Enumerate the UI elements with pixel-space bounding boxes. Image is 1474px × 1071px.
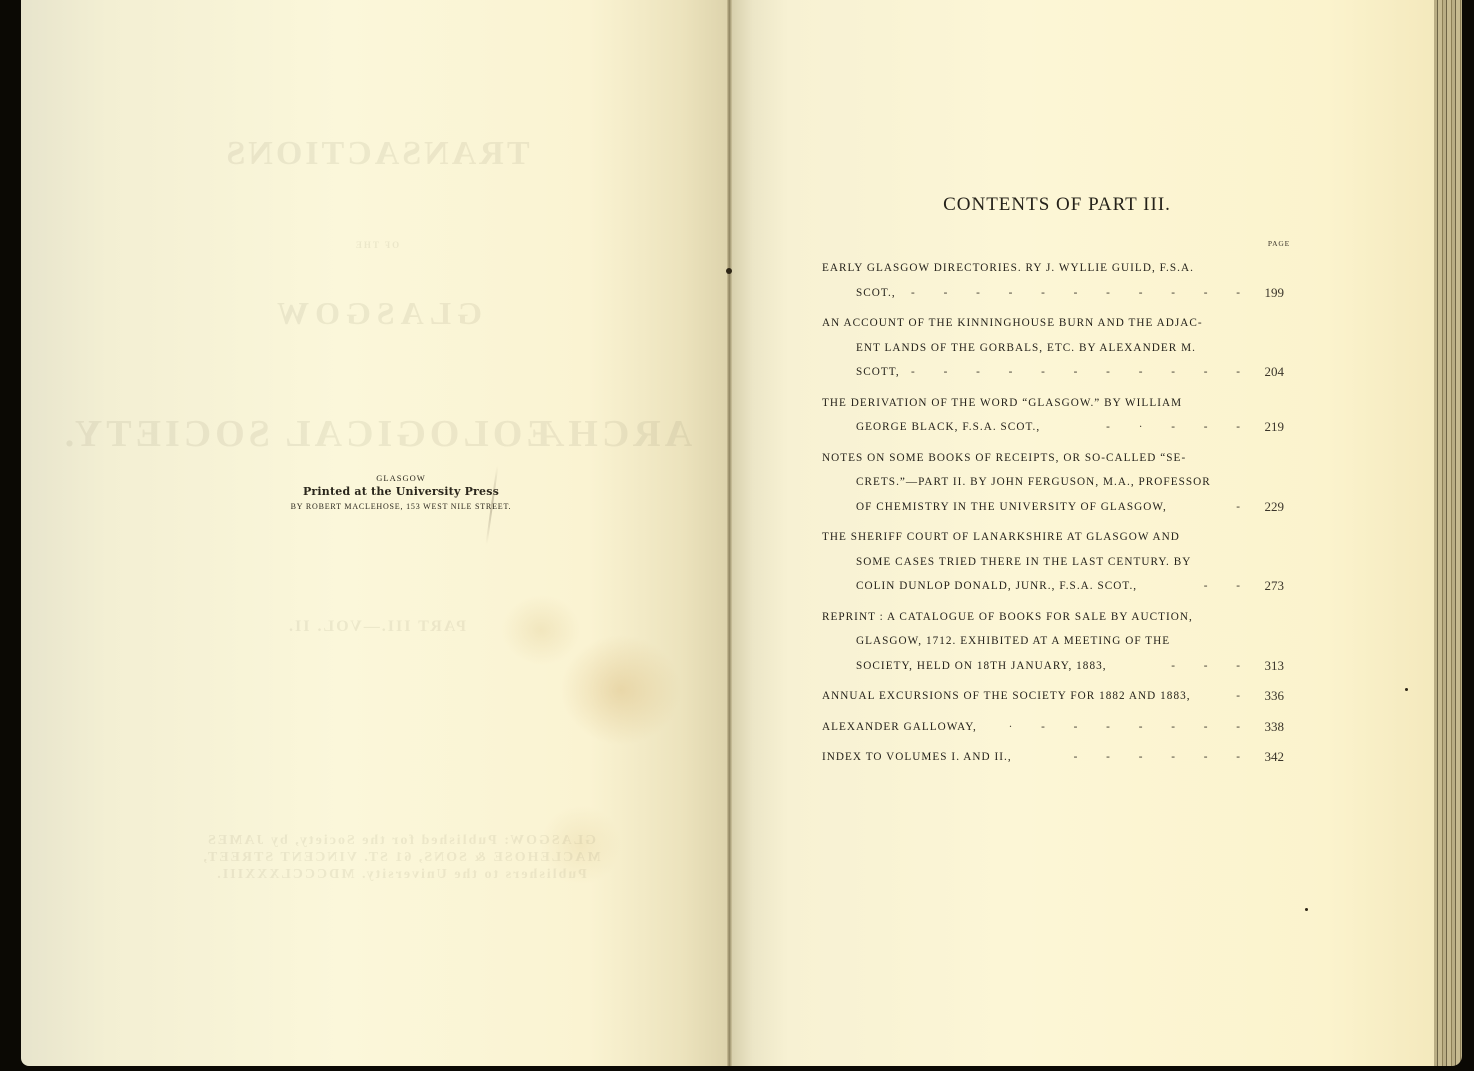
toc-entry-text: ANNUAL EXCURSIONS OF THE SOCIETY FOR 188… [822,684,1191,709]
page-number: 219 [1265,415,1285,440]
toc-entry-text: SOCIETY, HELD ON 18TH JANUARY, 1883, [856,654,1107,679]
left-page: TRANSACTIONS OF THE GLASGOW ARCHÆOLOGICA… [21,0,732,1066]
show-through-society: ARCHÆOLOGICAL SOCIETY. [21,412,732,456]
paper-blemish [726,268,732,274]
dot-leader: - - - - - - - - - - - [911,281,1240,306]
toc-entry-text: EARLY GLASGOW DIRECTORIES. RY J. WYLLIE … [822,256,1194,281]
page-number: 338 [1265,715,1285,740]
imprint-press: Printed at the University Press [261,484,541,500]
page-number: 199 [1265,281,1285,306]
page-number: 229 [1265,495,1285,520]
show-through-glasgow: GLASGOW [21,295,732,332]
show-through-of-the: OF THE [21,240,732,250]
open-book: TRANSACTIONS OF THE GLASGOW ARCHÆOLOGICA… [0,0,1474,1071]
toc-entry-text: THE SHERIFF COURT OF LANARKSHIRE AT GLAS… [822,525,1180,550]
printer-imprint: GLASGOW Printed at the University Press … [261,473,541,513]
table-of-contents: EARLY GLASGOW DIRECTORIES. RY J. WYLLIE … [822,256,1292,776]
toc-entry: EARLY GLASGOW DIRECTORIES. RY J. WYLLIE … [822,256,1292,305]
toc-entry: NOTES ON SOME BOOKS OF RECEIPTS, OR SO-C… [822,446,1292,520]
imprint-address: BY ROBERT MACLEHOSE, 153 WEST NILE STREE… [261,500,541,513]
toc-entry-text: REPRINT : A CATALOGUE OF BOOKS FOR SALE … [822,605,1193,630]
page-number: 336 [1265,684,1285,709]
dot-leader: - - - - - - [1074,745,1240,770]
toc-entry-text: NOTES ON SOME BOOKS OF RECEIPTS, OR SO-C… [822,446,1186,471]
toc-entry-text: SOME CASES TRIED THERE IN THE LAST CENTU… [856,550,1191,575]
page-number: 204 [1265,360,1285,385]
page-number: 342 [1265,745,1285,770]
page-number: 313 [1265,654,1285,679]
toc-entry: REPRINT : A CATALOGUE OF BOOKS FOR SALE … [822,605,1292,679]
toc-entry-text: THE DERIVATION OF THE WORD “GLASGOW.” BY… [822,391,1182,416]
toc-entry-text: OF CHEMISTRY IN THE UNIVERSITY OF GLASGO… [856,495,1167,520]
contents-title: CONTENTS OF PART III. [732,194,1382,216]
toc-entry-text: CRETS.”—PART II. BY JOHN FERGUSON, M.A.,… [856,470,1211,495]
paper-blemish [1305,908,1308,911]
toc-entry-text: GLASGOW, 1712. EXHIBITED AT A MEETING OF… [856,629,1170,654]
toc-entry-text: ENT LANDS OF THE GORBALS, ETC. BY ALEXAN… [856,336,1196,361]
show-through-publisher: GLASGOW: Published for the Society, by J… [161,832,641,883]
show-through-part: PART III.—VOL. II. [21,618,732,636]
toc-entry-text: SCOTT, [856,360,900,385]
page-number: 273 [1265,574,1285,599]
show-through-title: TRANSACTIONS [21,135,732,173]
toc-entry-text: AN ACCOUNT OF THE KINNINGHOUSE BURN AND … [822,311,1203,336]
toc-entry-text: ALEXANDER GALLOWAY, [822,715,977,740]
dot-leader: - [1236,495,1240,520]
toc-entry: INDEX TO VOLUMES I. AND II.,- - - - - -3… [822,745,1292,770]
toc-entry-text: SCOT., [856,281,896,306]
page-edges [1434,0,1462,1066]
toc-entry: THE SHERIFF COURT OF LANARKSHIRE AT GLAS… [822,525,1292,599]
paper-blemish [1405,688,1408,691]
toc-entry: THE DERIVATION OF THE WORD “GLASGOW.” BY… [822,391,1292,440]
toc-entry: AN ACCOUNT OF THE KINNINGHOUSE BURN AND … [822,311,1292,385]
dot-leader: - [1236,684,1240,709]
dot-leader: · - - - - - - - [1009,715,1240,740]
toc-entry: ALEXANDER GALLOWAY,· - - - - - - -338 [822,715,1292,740]
toc-entry-text: INDEX TO VOLUMES I. AND II., [822,745,1012,770]
dot-leader: - - - [1171,654,1240,679]
toc-entry: ANNUAL EXCURSIONS OF THE SOCIETY FOR 188… [822,684,1292,709]
dot-leader: - · - - - [1106,415,1240,440]
toc-entry-text: COLIN DUNLOP DONALD, JUNR., F.S.A. SCOT.… [856,574,1137,599]
page-column-label: PAGE [1252,239,1290,248]
dot-leader: - - - - - - - - - - - [911,360,1240,385]
imprint-city: GLASGOW [261,473,541,484]
dot-leader: - - [1204,574,1240,599]
toc-entry-text: GEORGE BLACK, F.S.A. SCOT., [856,415,1040,440]
